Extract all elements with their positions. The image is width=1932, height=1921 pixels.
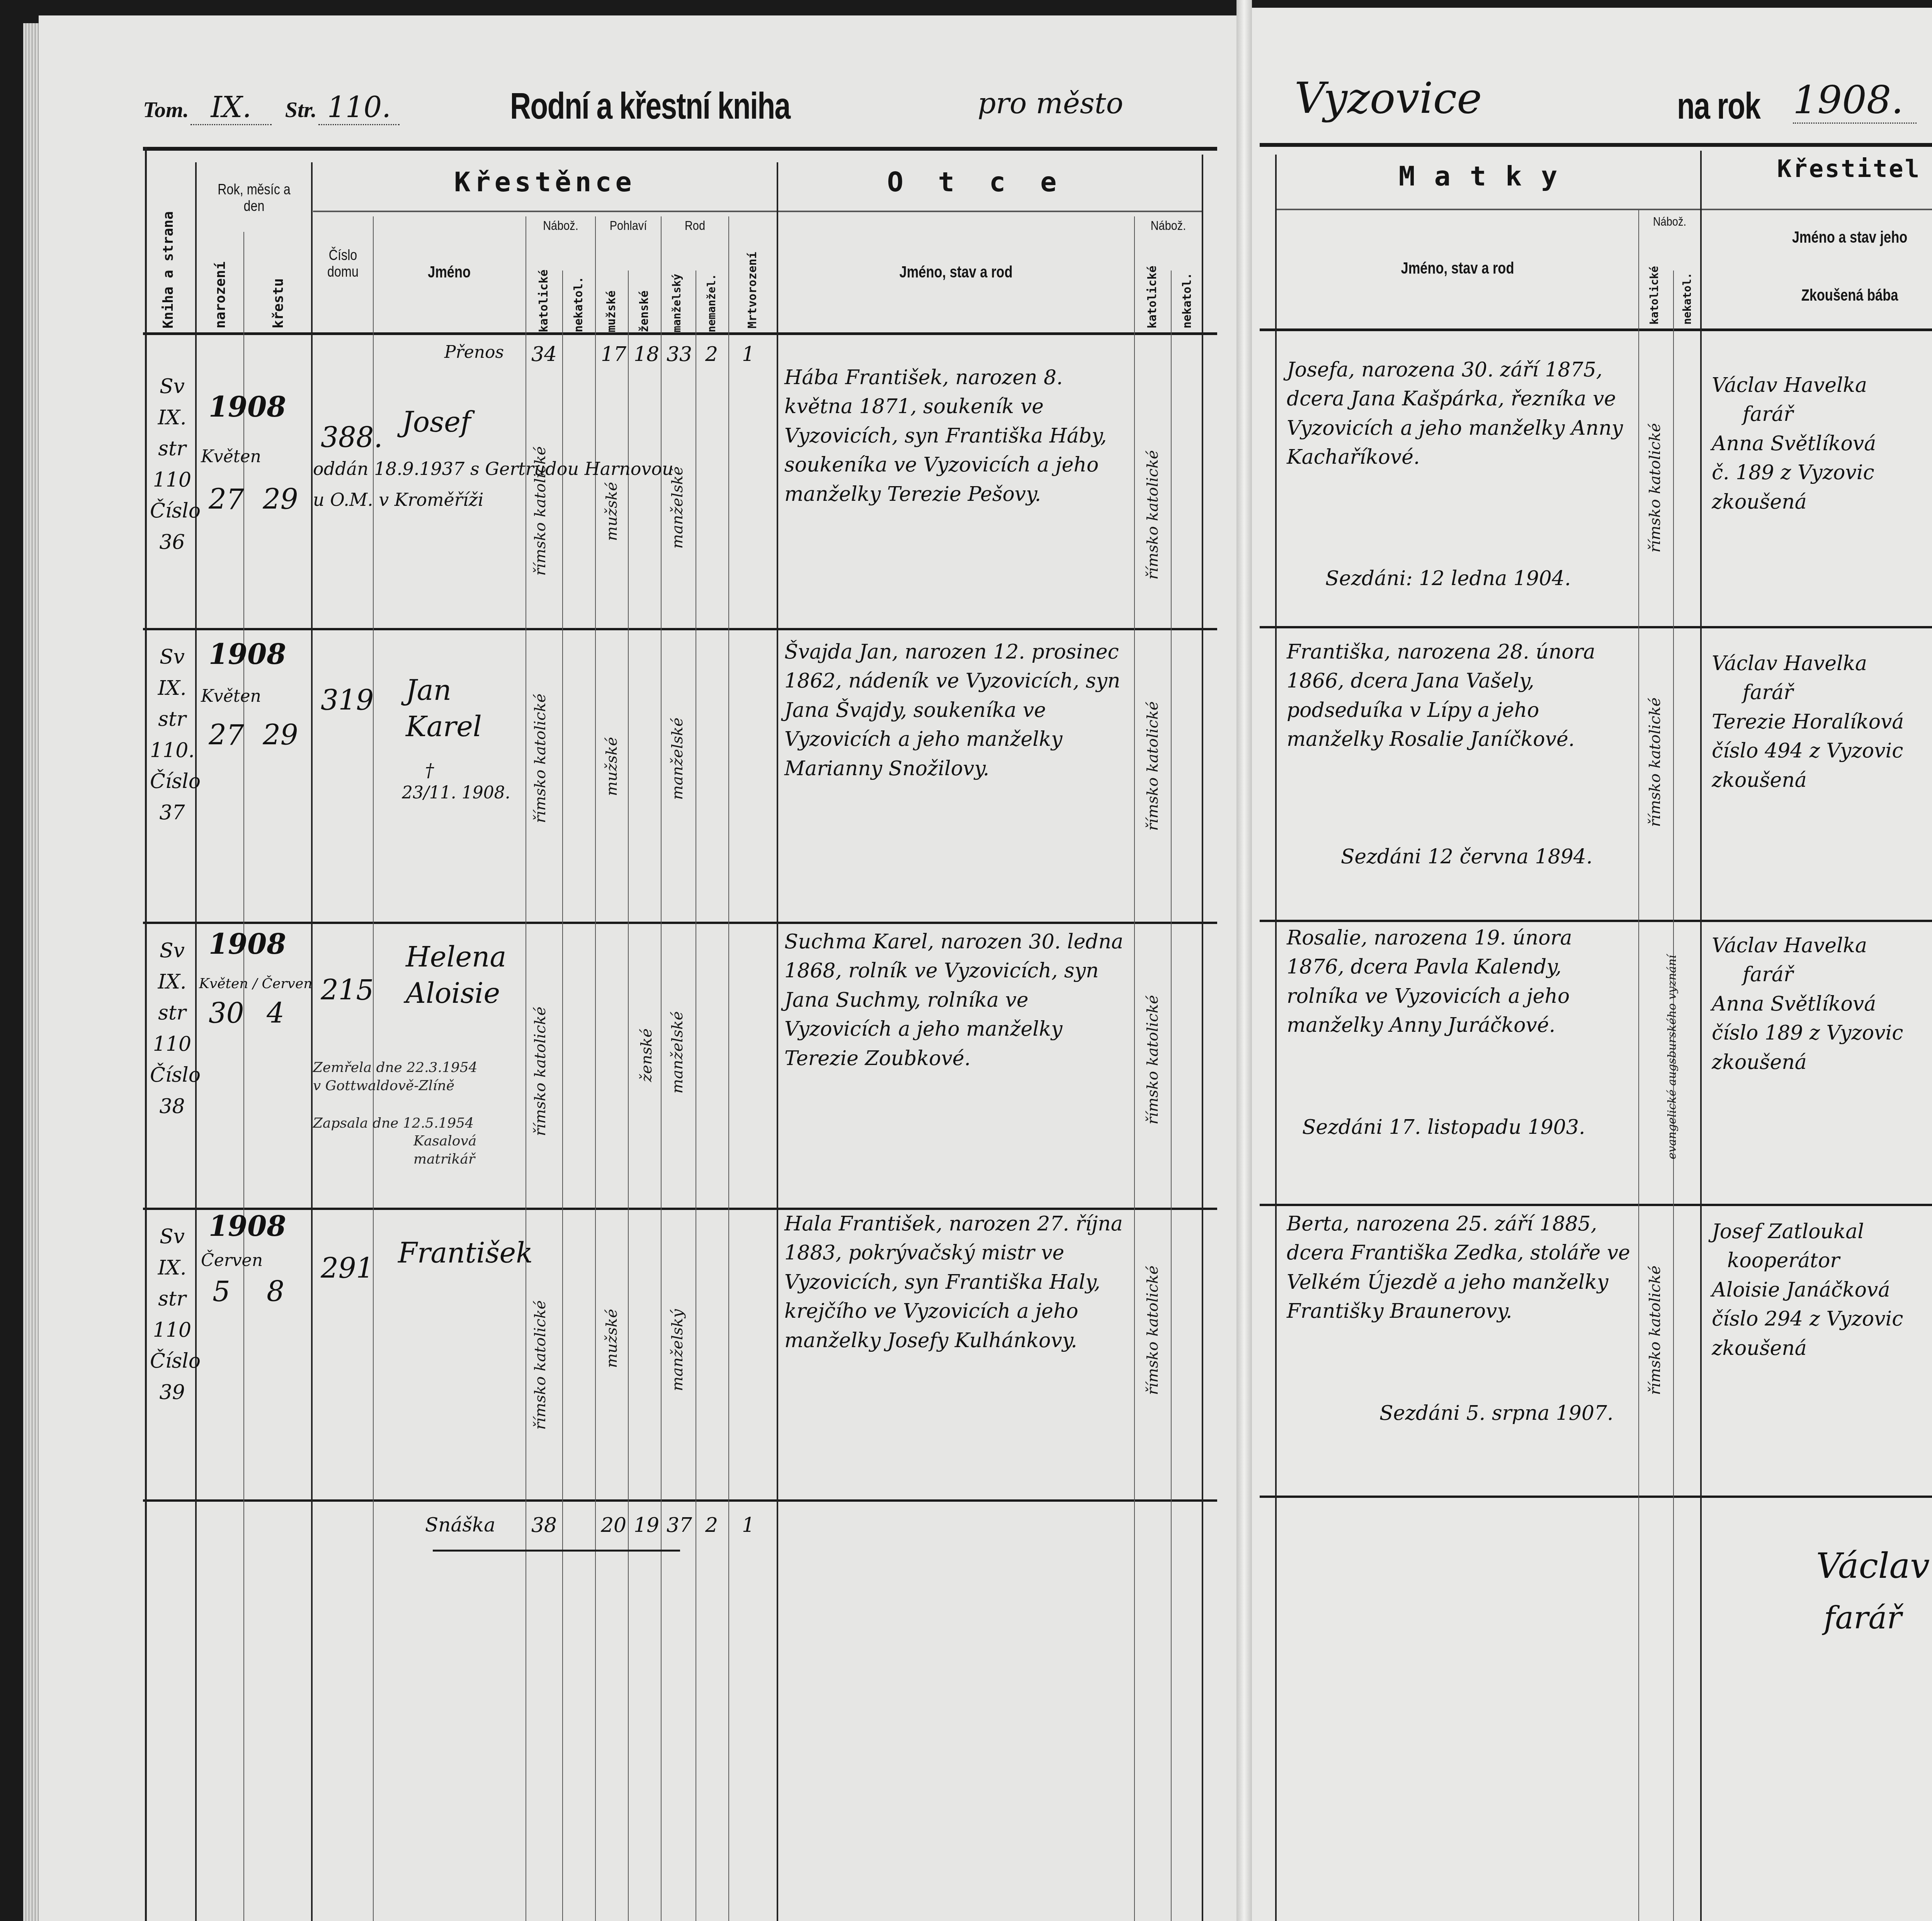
row-rule-1l — [143, 628, 1217, 630]
entry-4-jmeno: František — [398, 1237, 533, 1269]
col-line — [311, 162, 313, 1921]
col-kniha-a-strana: Kniha a strana — [160, 216, 176, 328]
year-value: 1908. — [1793, 77, 1917, 124]
summary-zenske: 19 — [634, 1511, 659, 1540]
col-matka-jmeno: Jméno, stav a rod — [1309, 259, 1606, 277]
col-line — [728, 216, 729, 1921]
entry-4-kniha: Sv IX. str 110 Číslo 39 — [150, 1221, 194, 1408]
row-rule-3r — [1260, 1204, 1932, 1206]
summary-nemanzel: 2 — [705, 1511, 718, 1540]
entry-3-krestitel: Václav Havelka farář Anna Světlíková čís… — [1712, 931, 1932, 1077]
entry-1-note-2: u O.M. v Kroměříži — [313, 487, 483, 513]
entry-3-rok: 1908 — [209, 927, 286, 960]
summary-mrtvorozeni: 1 — [742, 1511, 755, 1540]
col-matka-naboz: Nábož. — [1644, 214, 1696, 229]
summary-muzske: 20 — [601, 1511, 626, 1540]
entry-3-mesic: Květen / Červen — [199, 974, 312, 994]
header-bottom-rule-left — [143, 332, 1217, 335]
col-mrtvorozeni: Mrtvorození — [746, 232, 759, 328]
col-rod: Rod — [667, 218, 723, 233]
prenos-muzske: 17 — [601, 340, 626, 369]
col-zenske: ženské — [638, 274, 651, 332]
prenos-nemanzel: 2 — [705, 340, 718, 369]
town-name: Vyzovice — [1294, 73, 1482, 123]
col-jmeno: Jméno — [387, 263, 512, 281]
entry-2-rod: manželské — [668, 684, 686, 800]
col-katolicke: katolické — [537, 274, 551, 332]
col-muzske: mužské — [605, 274, 618, 332]
entry-2-cislo-domu: 319 — [321, 684, 374, 716]
col-krestu: křestu — [270, 251, 286, 328]
col-matka-katolicke: katolické — [1648, 271, 1661, 325]
entry-3-note: Zemřela dne 22.3.1954 v Gottwaldově-Zlín… — [313, 1059, 514, 1169]
krestitel-kmotr-subrule — [1700, 209, 1932, 210]
section-krestitel: Křestitel — [1700, 155, 1932, 183]
entry-1-naboz: římsko katolické — [531, 406, 549, 576]
col-naboz: Nábož. — [531, 218, 590, 233]
col-krestitel-jmeno: Jméno a stav jeho — [1728, 228, 1932, 247]
entry-3-pohlavi: ženské — [638, 1005, 655, 1082]
col-narozeni: narození — [213, 251, 228, 328]
prenos-mrtvorozeni: 1 — [742, 340, 755, 369]
prenos-manzelsky: 33 — [667, 340, 692, 369]
summary-manzelsky: 37 — [667, 1511, 692, 1540]
entry-3-narozeni: 30 — [209, 997, 244, 1029]
entry-4-otec: Hala František, narozen 27. října 1883, … — [784, 1210, 1128, 1355]
entry-1-rod: manželské — [668, 417, 686, 549]
register-title: Rodní a křestní kniha — [510, 85, 790, 128]
entry-3-matka-naboz: evangelické augsburského vyznání — [1665, 927, 1679, 1159]
pro-mesto: pro město — [978, 87, 1123, 120]
summary-underline — [433, 1550, 680, 1552]
krestence-subrule — [313, 211, 777, 212]
entry-3-kniha: Sv IX. str 110 Číslo 38 — [150, 935, 194, 1122]
entry-1-kniha: Sv IX. str 110 Číslo 36 — [150, 371, 194, 558]
col-line — [1202, 155, 1203, 1921]
table-top-rule-left — [143, 147, 1217, 151]
tom-label: Tom. — [143, 97, 189, 122]
entry-2-death-date: 23/11. 1908. — [402, 781, 510, 805]
entry-3-naboz: římsko katolické — [531, 951, 549, 1136]
entry-4-naboz: římsko katolické — [531, 1248, 549, 1430]
entry-4-mesic: Červen — [201, 1248, 263, 1273]
col-pohlavi: Pohlaví — [601, 218, 656, 233]
row-rule-2l — [143, 922, 1217, 924]
col-line — [1700, 151, 1702, 1921]
col-line — [1171, 271, 1172, 1921]
matky-subrule — [1275, 209, 1700, 210]
section-krestence: Křestěnce — [313, 166, 777, 198]
entry-3-rod: manželské — [668, 978, 686, 1094]
tom-field: Tom. IX. Str. 110. — [143, 91, 400, 125]
entry-1-narozeni: 27 — [209, 483, 244, 516]
col-line — [1638, 209, 1639, 1921]
entry-3-cislo-domu: 215 — [321, 974, 374, 1006]
col-manzelsky: manželský — [670, 274, 683, 332]
entry-2-krestitel: Václav Havelka farář Terezie Horalíková … — [1712, 649, 1932, 795]
col-line — [1275, 155, 1277, 1921]
entry-1-rok: 1908 — [209, 390, 286, 423]
row-rule-4r — [1260, 1496, 1932, 1498]
col-cislo-domu: Číslo domu — [318, 247, 369, 281]
entry-3-krestu: 4 — [267, 997, 284, 1029]
entry-1-sezdani: Sezdáni: 12 ledna 1904. — [1325, 564, 1571, 593]
section-matky: Matky — [1275, 160, 1700, 192]
col-line — [145, 147, 147, 1921]
entry-2-otec: Švajda Jan, narozen 12. prosinec 1862, n… — [784, 638, 1128, 783]
row-rule-4l — [143, 1499, 1217, 1502]
entry-2-jmeno: Jan Karel — [406, 672, 522, 745]
entry-4-pohlavi: mužské — [603, 1283, 621, 1368]
entry-2-otec-naboz: římsko katolické — [1144, 653, 1162, 831]
col-line — [1134, 216, 1135, 1921]
entry-2-narozeni: 27 — [209, 719, 244, 751]
entry-4-rok: 1908 — [209, 1210, 286, 1242]
entry-2-rok: 1908 — [209, 638, 286, 670]
entry-4-matka: Berta, narozena 25. září 1885, dcera Fra… — [1287, 1210, 1631, 1326]
entry-1-pohlavi: mužské — [603, 429, 621, 541]
entry-1-jmeno: Josef — [402, 406, 471, 438]
prenos-label: Přenos — [444, 340, 504, 365]
entry-4-sezdani: Sezdáni 5. srpna 1907. — [1379, 1399, 1614, 1428]
col-otec-jmeno: Jméno, stav a rod — [810, 263, 1102, 281]
entry-2-mesic: Květen — [201, 684, 261, 709]
col-otec-naboz: Nábož. — [1140, 218, 1197, 233]
entry-4-rod: manželský — [668, 1268, 686, 1391]
entry-3-jmeno: Helena Aloisie — [406, 939, 522, 1011]
entry-1-otec-naboz: římsko katolické — [1144, 386, 1162, 580]
entry-1-otec: Hába František, narozen 8. května 1871, … — [784, 363, 1128, 509]
entry-1-matka: Josefa, narozena 30. září 1875, dcera Ja… — [1287, 356, 1631, 472]
entry-3-otec: Suchma Karel, narozen 30. ledna 1868, ro… — [784, 927, 1128, 1073]
entry-1-matka-naboz: římsko katolické — [1646, 367, 1664, 553]
year-label: na rok — [1677, 85, 1760, 128]
entry-4-otec-naboz: římsko katolické — [1144, 1210, 1162, 1395]
col-otec-katolicke: katolické — [1146, 271, 1159, 328]
col-line — [195, 162, 197, 1921]
entry-4-narozeni: 5 — [213, 1275, 230, 1308]
col-line — [696, 271, 696, 1921]
col-nekatol: nekatol. — [572, 274, 585, 332]
entry-2-matka-naboz: římsko katolické — [1646, 641, 1664, 827]
entry-2-krestu: 29 — [263, 719, 298, 751]
entry-4-matka-naboz: římsko katolické — [1646, 1213, 1664, 1395]
col-line — [562, 271, 563, 1921]
entry-2-sezdani: Sezdáni 12 června 1894. — [1341, 842, 1592, 871]
entry-1-krestitel: Václav Havelka farář Anna Světlíková č. … — [1712, 371, 1932, 517]
otce-subrule — [777, 211, 1202, 212]
entry-2-pohlavi: mužské — [603, 711, 621, 796]
table-top-rule-right — [1260, 143, 1932, 147]
entry-2-kniha: Sv IX. str 110. Číslo 37 — [150, 641, 194, 829]
entry-4-krestitel: Josef Zatloukal kooperátor Aloisie Janáč… — [1712, 1217, 1932, 1363]
book-gutter — [1236, 0, 1252, 1921]
col-nemanzel: nemanžel. — [705, 274, 718, 332]
str-label: Str. — [285, 97, 317, 122]
str-value: 110. — [318, 91, 400, 125]
entry-3-otec-naboz: římsko katolické — [1144, 939, 1162, 1125]
entry-3-matka: Rosalie, narozena 19. února 1876, dcera … — [1287, 924, 1631, 1040]
prenos-katolicke: 34 — [531, 340, 557, 369]
entry-1-krestu: 29 — [263, 483, 298, 516]
entry-1-cislo-domu: 388. — [321, 421, 383, 454]
col-line — [628, 271, 629, 1921]
entry-4-krestu: 8 — [267, 1275, 284, 1308]
entry-2-naboz: římsko katolické — [531, 653, 549, 823]
col-matka-nekatol: nekatol. — [1681, 271, 1694, 325]
signature-name: Václav Havelka — [1816, 1546, 1932, 1586]
entry-2-cross: † — [425, 757, 434, 783]
summary-label: Snáška — [425, 1511, 495, 1539]
entry-2-matka: Františka, narozena 28. února 1866, dcer… — [1287, 638, 1631, 754]
col-otec-nekatol: nekatol. — [1180, 271, 1194, 328]
section-otce: Otce — [777, 166, 1202, 198]
tom-value: IX. — [190, 91, 272, 125]
col-rok-mesic-den: Rok, měsíc a den — [206, 182, 303, 215]
header-bottom-rule-right — [1260, 328, 1932, 331]
entry-1-mesic: Květen — [201, 444, 261, 469]
col-zkousena-baba: Zkoušená bába — [1728, 286, 1932, 305]
entry-4-cislo-domu: 291 — [321, 1252, 374, 1285]
col-line — [777, 162, 778, 1921]
entry-3-sezdani: Sezdáni 17. listopadu 1903. — [1302, 1113, 1585, 1142]
signature-title: farář — [1824, 1600, 1901, 1636]
row-rule-1r — [1260, 626, 1932, 628]
row-rule-2r — [1260, 920, 1932, 922]
summary-katolicke: 38 — [531, 1511, 557, 1540]
prenos-zenske: 18 — [634, 340, 659, 369]
